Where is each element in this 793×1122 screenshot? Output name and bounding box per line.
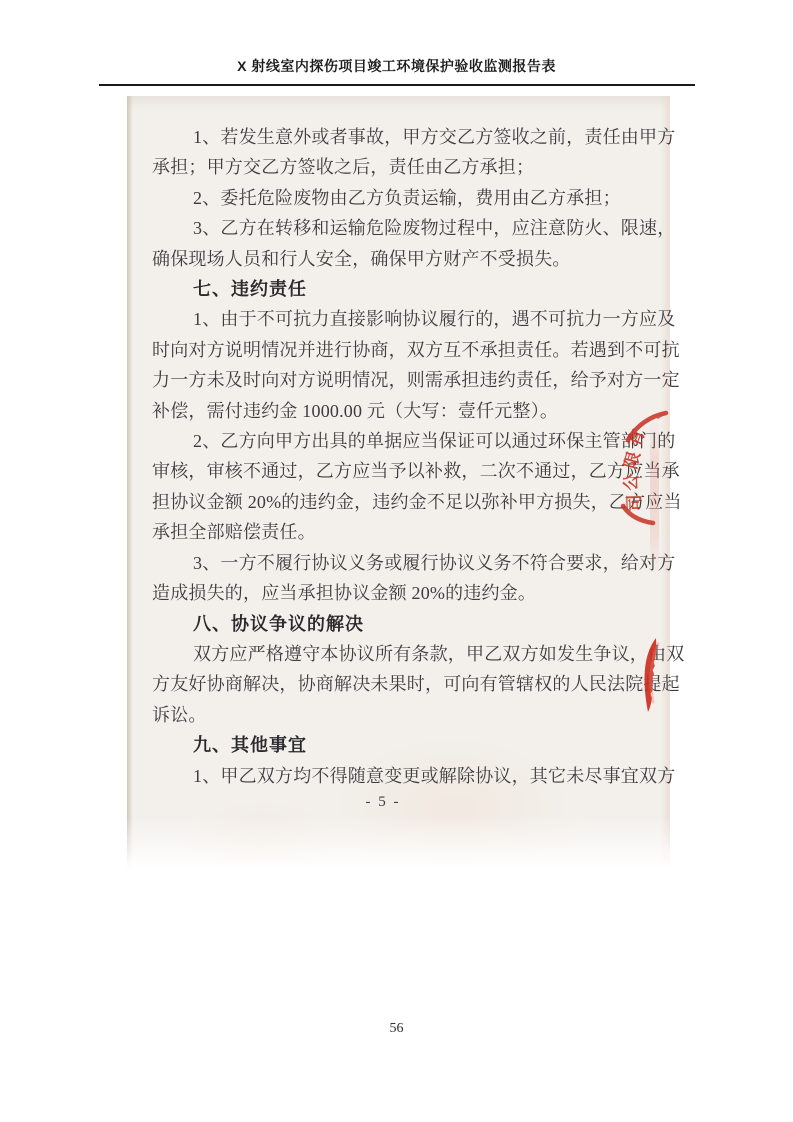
- contract-line: 3、乙方在转移和运输危险废物过程中，应注意防火、限速，: [152, 213, 614, 243]
- contract-line: 诉讼。: [152, 700, 614, 730]
- contract-line: 承担；甲方交乙方签收之后，责任由乙方承担；: [152, 152, 614, 182]
- company-seal-fragment-icon: 有 限 公 司: [606, 408, 672, 526]
- contract-heading-line: 八、协议争议的解决: [152, 609, 614, 639]
- contract-line: 1、由于不可抗力直接影响协议履行的，遇不可抗力一方应及: [152, 304, 614, 334]
- seal-char-xian: 限: [621, 449, 644, 470]
- contract-line: 方友好协商解决，协商解决未果时，可向有管辖权的人民法院提起: [152, 669, 614, 699]
- header-divider: [99, 84, 695, 86]
- report-page: X 射线室内探伤项目竣工环境保护验收监测报告表 1、若发生意外或者事故，甲方交乙…: [0, 0, 793, 1122]
- contract-line: 3、一方不履行协议义务或履行协议义务不符合要求，给对方: [152, 548, 614, 578]
- contract-line: 双方应严格遵守本协议所有条款，甲乙双方如发生争议，由双: [152, 639, 614, 669]
- seal-char-you: 有: [624, 426, 649, 449]
- seal-char-si: 司: [625, 494, 645, 512]
- contract-line: 承担全部赔偿责任。: [152, 517, 614, 547]
- page-title: X 射线室内探伤项目竣工环境保护验收监测报告表: [0, 56, 793, 76]
- seal-char-gong: 公: [621, 472, 642, 491]
- contract-line: 2、乙方向甲方出具的单据应当保证可以通过环保主管部门的: [152, 426, 614, 456]
- seal-arc-fragment-icon: [639, 636, 663, 716]
- contract-line: 补偿，需付违约金 1000.00 元（大写：壹仟元整）。: [152, 396, 614, 426]
- contract-line: 2、委托危险废物由乙方负责运输，费用由乙方承担；: [152, 183, 614, 213]
- scan-left-edge-shadow: [127, 96, 133, 870]
- scanned-contract-sheet: 1、若发生意外或者事故，甲方交乙方签收之前，责任由甲方承担；甲方交乙方签收之后，…: [127, 96, 670, 870]
- footer-page-number: 56: [0, 1021, 793, 1037]
- contract-line: 造成损失的，应当承担协议金额 20%的违约金。: [152, 578, 614, 608]
- contract-text: 1、若发生意外或者事故，甲方交乙方签收之前，责任由甲方承担；甲方交乙方签收之后，…: [152, 122, 614, 791]
- contract-line: 1、若发生意外或者事故，甲方交乙方签收之前，责任由甲方: [152, 122, 614, 152]
- contract-heading-line: 九、其他事宜: [152, 730, 614, 760]
- scan-bottom-fade: [121, 816, 676, 876]
- contract-line: 审核，审核不通过，乙方应当予以补救，二次不通过，乙方应当承: [152, 456, 614, 486]
- contract-line: 1、甲乙双方均不得随意变更或解除协议，其它未尽事宜双方: [152, 761, 614, 791]
- scan-page-number: - 5 -: [152, 794, 614, 811]
- contract-line: 时向对方说明情况并进行协商，双方互不承担责任。若遇到不可抗: [152, 335, 614, 365]
- contract-line: 确保现场人员和行人安全，确保甲方财产不受损失。: [152, 244, 614, 274]
- contract-line: 力一方未及时向对方说明情况，则需承担违约责任，给予对方一定: [152, 365, 614, 395]
- contract-line: 担协议金额 20%的违约金，违约金不足以弥补甲方损失，乙方应当: [152, 487, 614, 517]
- contract-heading-line: 七、违约责任: [152, 274, 614, 304]
